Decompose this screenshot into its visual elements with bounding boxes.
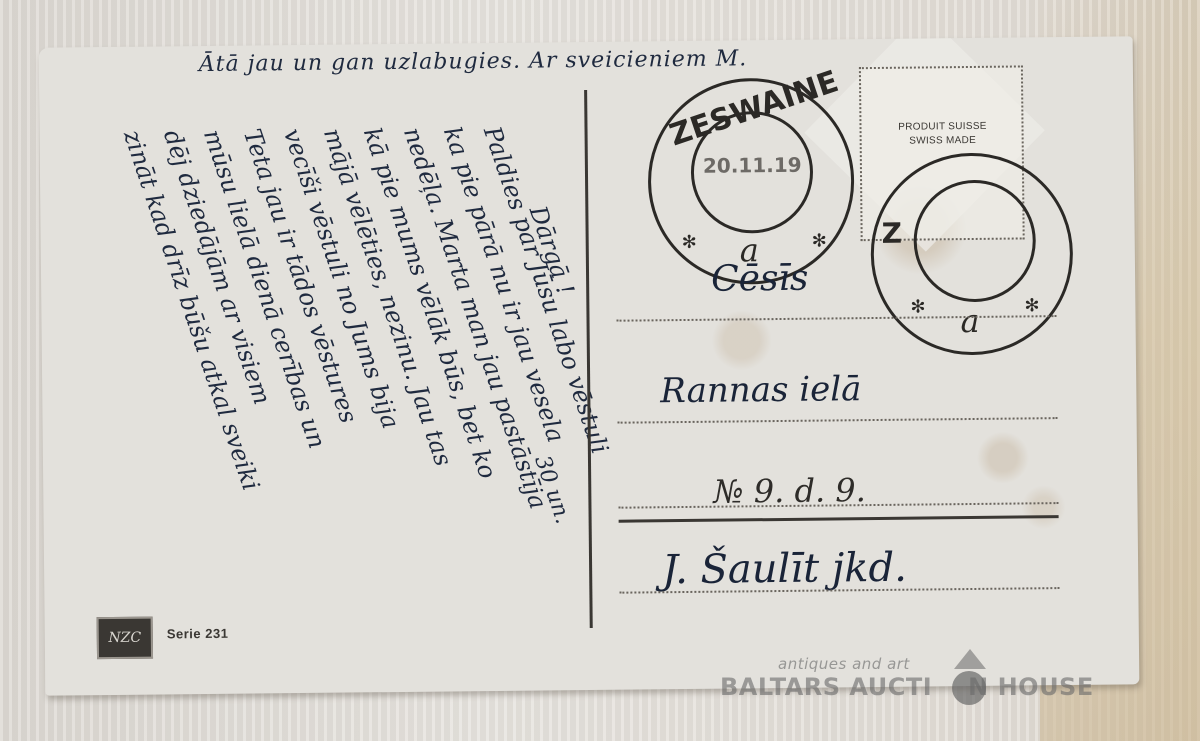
- recipient-name: J. Šaulīt jkd.: [662, 545, 907, 594]
- postmark-star-icon: ✻: [812, 231, 827, 252]
- postmark-star-icon: ✻: [682, 232, 697, 253]
- postmark-1: ZESWAINE 20.11.19 ✻ ✻ a: [647, 77, 855, 285]
- address-street: Rannas ielā: [660, 369, 862, 411]
- address-line-2: [618, 417, 1058, 424]
- top-margin-handwriting: Ātā jau un gan uzlabugies. Ar sveicienie…: [199, 46, 748, 77]
- address-city: Cēsīs: [711, 258, 809, 300]
- publisher-logo: NZC: [97, 617, 153, 660]
- postmark-star-icon: ✻: [1024, 295, 1039, 316]
- address-rule: [619, 515, 1059, 523]
- stamp-box-label: PRODUIT SUISSE SWISS MADE: [867, 119, 1017, 149]
- postmark-star-icon: ✻: [910, 296, 925, 317]
- message-body: Dārgā ! 30 un. Paldies par Jūsu labo vēs…: [49, 82, 595, 678]
- series-label: Serie 231: [167, 626, 229, 642]
- postcard-back: Ātā jau un gan uzlabugies. Ar sveicienie…: [39, 36, 1140, 695]
- postmark-2: Z ✻ ✻ a: [870, 152, 1074, 356]
